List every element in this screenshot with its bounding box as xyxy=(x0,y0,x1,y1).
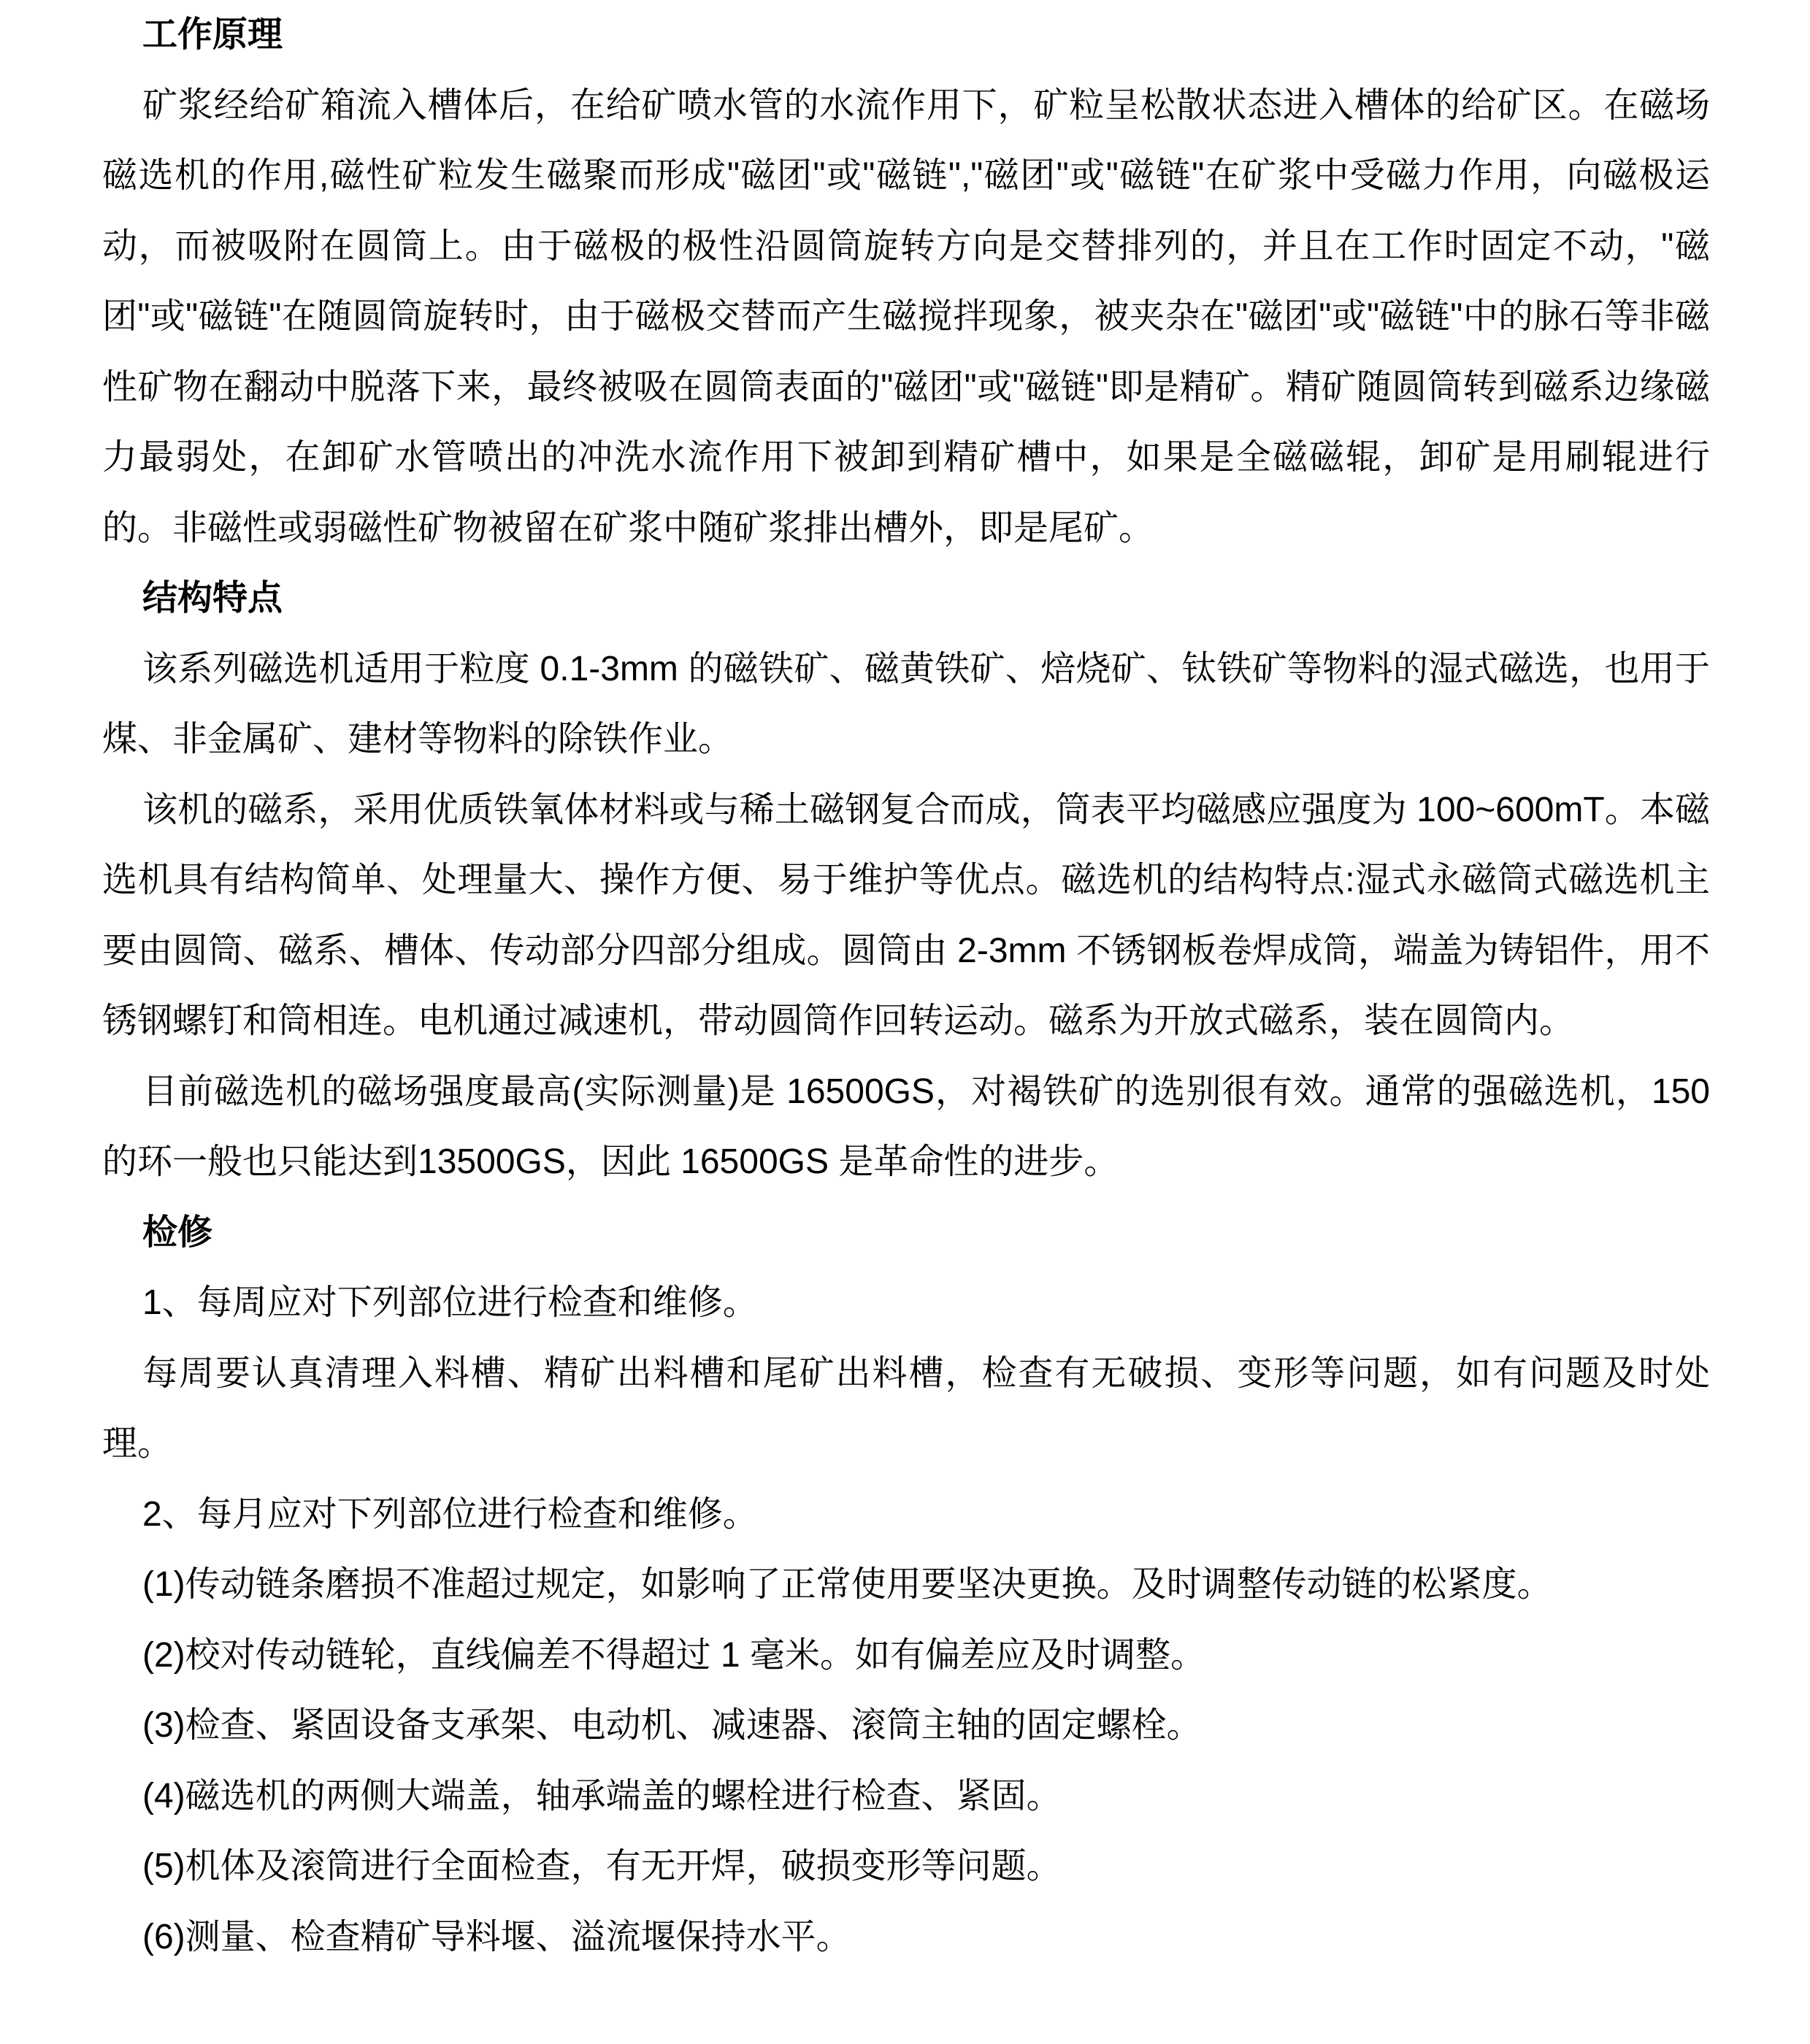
paragraph-monthly-2: (2)校对传动链轮，直线偏差不得超过 1 毫米。如有偏差应及时调整。 xyxy=(102,1621,1710,1691)
paragraph-monthly-3: (3)检查、紧固设备支承架、电动机、减速器、滚筒主轴的固定螺栓。 xyxy=(102,1691,1710,1761)
section-heading-structure-features: 结构特点 xyxy=(102,564,1710,634)
document-body: 工作原理 矿浆经给矿箱流入槽体后，在给矿喷水管的水流作用下，矿粒呈松散状态进入槽… xyxy=(102,0,1710,1972)
paragraph-monthly-item: 2、每月应对下列部位进行检查和维修。 xyxy=(102,1480,1710,1551)
paragraph-weekly-detail: 每周要认真清理入料槽、精矿出料槽和尾矿出料槽，检查有无破损、变形等问题，如有问题… xyxy=(102,1339,1710,1480)
paragraph-monthly-5: (5)机体及滚筒进行全面检查，有无开焊，破损变形等问题。 xyxy=(102,1832,1710,1902)
paragraph-working-principle: 矿浆经给矿箱流入槽体后，在给矿喷水管的水流作用下，矿粒呈松散状态进入槽体的给矿区… xyxy=(102,71,1710,564)
paragraph-monthly-6: (6)测量、检查精矿导料堰、溢流堰保持水平。 xyxy=(102,1902,1710,1973)
document-page: 工作原理 矿浆经给矿箱流入槽体后，在给矿喷水管的水流作用下，矿粒呈松散状态进入槽… xyxy=(0,0,1810,2044)
paragraph-magnetic-system: 该机的磁系，采用优质铁氧体材料或与稀土磁钢复合而成，筒表平均磁感应强度为 100… xyxy=(102,775,1710,1057)
paragraph-monthly-4: (4)磁选机的两侧大端盖，轴承端盖的螺栓进行检查、紧固。 xyxy=(102,1761,1710,1832)
paragraph-monthly-1: (1)传动链条磨损不准超过规定，如影响了正常使用要坚决更换。及时调整传动链的松紧… xyxy=(102,1550,1710,1621)
section-heading-working-principle: 工作原理 xyxy=(102,0,1710,71)
paragraph-weekly-item: 1、每周应对下列部位进行检查和维修。 xyxy=(102,1268,1710,1339)
paragraph-field-strength: 目前磁选机的磁场强度最高(实际测量)是 16500GS，对褐铁矿的选别很有效。通… xyxy=(102,1057,1710,1198)
section-heading-maintenance: 检修 xyxy=(102,1198,1710,1269)
paragraph-application-range: 该系列磁选机适用于粒度 0.1-3mm 的磁铁矿、磁黄铁矿、焙烧矿、钛铁矿等物料… xyxy=(102,634,1710,775)
